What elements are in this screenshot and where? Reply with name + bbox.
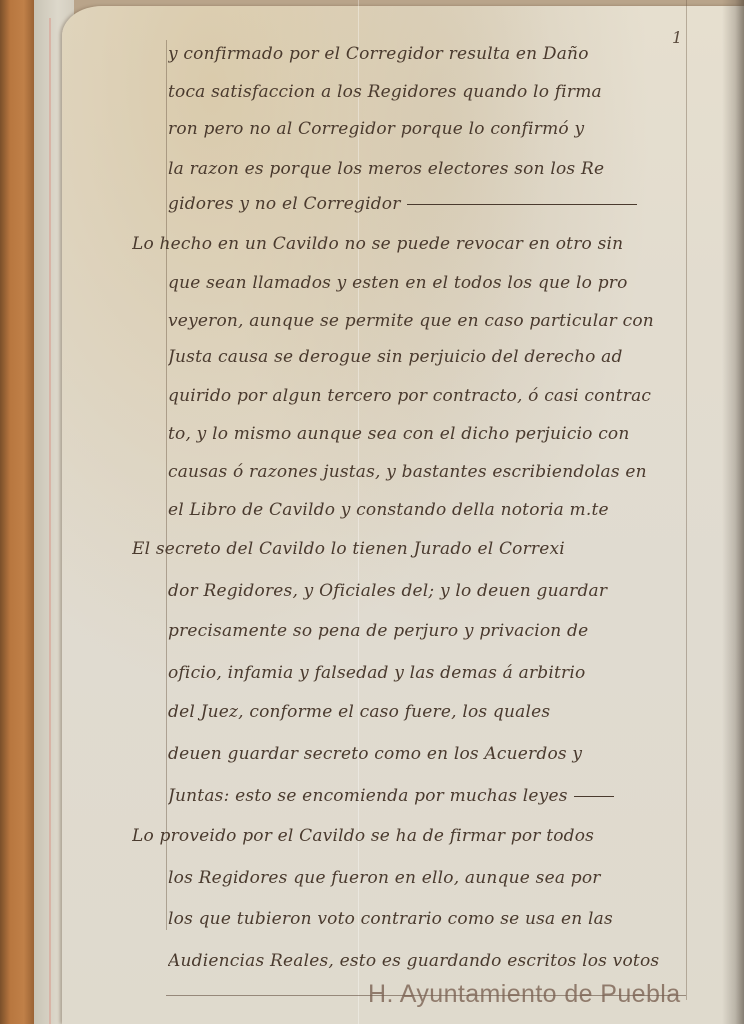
line-text: y confirmado por el Corregidor resulta e…	[168, 44, 589, 64]
line-text: veyeron, aunque se permite que en caso p…	[168, 311, 654, 331]
manuscript-line: dor Regidores, y Oficiales del; y lo deu…	[168, 581, 684, 601]
manuscript-line: oficio, infamia y falsedad y las demas á…	[168, 663, 684, 683]
line-text: Juntas: esto se encomienda por muchas le…	[168, 786, 568, 806]
line-text: quirido por algun tercero por contracto,…	[168, 386, 651, 406]
manuscript-line: Juntas: esto se encomienda por muchas le…	[168, 786, 684, 806]
manuscript-line: Audiencias Reales, esto es guardando esc…	[168, 951, 684, 971]
manuscript-line: veyeron, aunque se permite que en caso p…	[168, 311, 684, 331]
manuscript-line: del Juez, conforme el caso fuere, los qu…	[168, 702, 684, 722]
manuscript-line: to, y lo mismo aunque sea con el dicho p…	[168, 424, 684, 444]
manuscript-line: el Libro de Cavildo y constando della no…	[168, 500, 684, 520]
manuscript-line: gidores y no el Corregidor	[168, 194, 684, 214]
page-edge-shadow	[722, 0, 744, 1024]
manuscript-line: y confirmado por el Corregidor resulta e…	[168, 44, 684, 64]
manuscript-line: los que tubieron voto contrario como se …	[168, 909, 684, 929]
line-text: del Juez, conforme el caso fuere, los qu…	[168, 702, 550, 722]
left-margin-rule	[166, 40, 167, 930]
line-text: que sean llamados y esten en el todos lo…	[168, 273, 628, 293]
line-text: Justa causa se derogue sin perjuicio del…	[168, 347, 623, 367]
manuscript-line: Justa causa se derogue sin perjuicio del…	[168, 347, 684, 367]
manuscript-line: ron pero no al Corregidor porque lo conf…	[168, 119, 684, 139]
line-text: los Regidores que fueron en ello, aunque…	[168, 868, 601, 888]
line-text: causas ó razones justas, y bastantes esc…	[168, 462, 647, 482]
manuscript-line: deuen guardar secreto como en los Acuerd…	[168, 744, 684, 764]
line-text: precisamente so pena de perjuro y privac…	[168, 621, 588, 641]
line-text: Lo proveido por el Cavildo se ha de firm…	[132, 826, 594, 846]
book-binding-edge	[0, 0, 34, 1024]
manuscript-line: la razon es porque los meros electores s…	[168, 159, 684, 179]
manuscript-line: los Regidores que fueron en ello, aunque…	[168, 868, 684, 888]
manuscript-line: precisamente so pena de perjuro y privac…	[168, 621, 684, 641]
manuscript-line: toca satisfaccion a los Regidores quando…	[168, 82, 684, 102]
line-text: Lo hecho en un Cavildo no se puede revoc…	[132, 234, 623, 254]
line-text: deuen guardar secreto como en los Acuerd…	[168, 744, 582, 764]
line-text: la razon es porque los meros electores s…	[168, 159, 604, 179]
line-text: gidores y no el Corregidor	[168, 194, 401, 214]
line-text: oficio, infamia y falsedad y las demas á…	[168, 663, 585, 683]
archive-watermark: H. Ayuntamiento de Puebla	[368, 980, 681, 1009]
line-text: Audiencias Reales, esto es guardando esc…	[168, 951, 659, 971]
line-text: to, y lo mismo aunque sea con el dicho p…	[168, 424, 630, 444]
right-margin-rule	[686, 0, 687, 1000]
line-end-rule	[407, 204, 637, 205]
line-text: El secreto del Cavildo lo tienen Jurado …	[132, 539, 565, 559]
line-text: los que tubieron voto contrario como se …	[168, 909, 613, 929]
line-text: toca satisfaccion a los Regidores quando…	[168, 82, 602, 102]
line-text: dor Regidores, y Oficiales del; y lo deu…	[168, 581, 607, 601]
red-margin-line	[49, 18, 51, 1024]
line-text: el Libro de Cavildo y constando della no…	[168, 500, 609, 520]
manuscript-line: Lo hecho en un Cavildo no se puede revoc…	[132, 234, 684, 254]
manuscript-line: quirido por algun tercero por contracto,…	[168, 386, 684, 406]
manuscript-line: causas ó razones justas, y bastantes esc…	[168, 462, 684, 482]
line-end-rule	[574, 796, 614, 797]
manuscript-line: El secreto del Cavildo lo tienen Jurado …	[132, 539, 684, 559]
manuscript-line: que sean llamados y esten en el todos lo…	[168, 273, 684, 293]
manuscript-line: Lo proveido por el Cavildo se ha de firm…	[132, 826, 684, 846]
line-text: ron pero no al Corregidor porque lo conf…	[168, 119, 584, 139]
